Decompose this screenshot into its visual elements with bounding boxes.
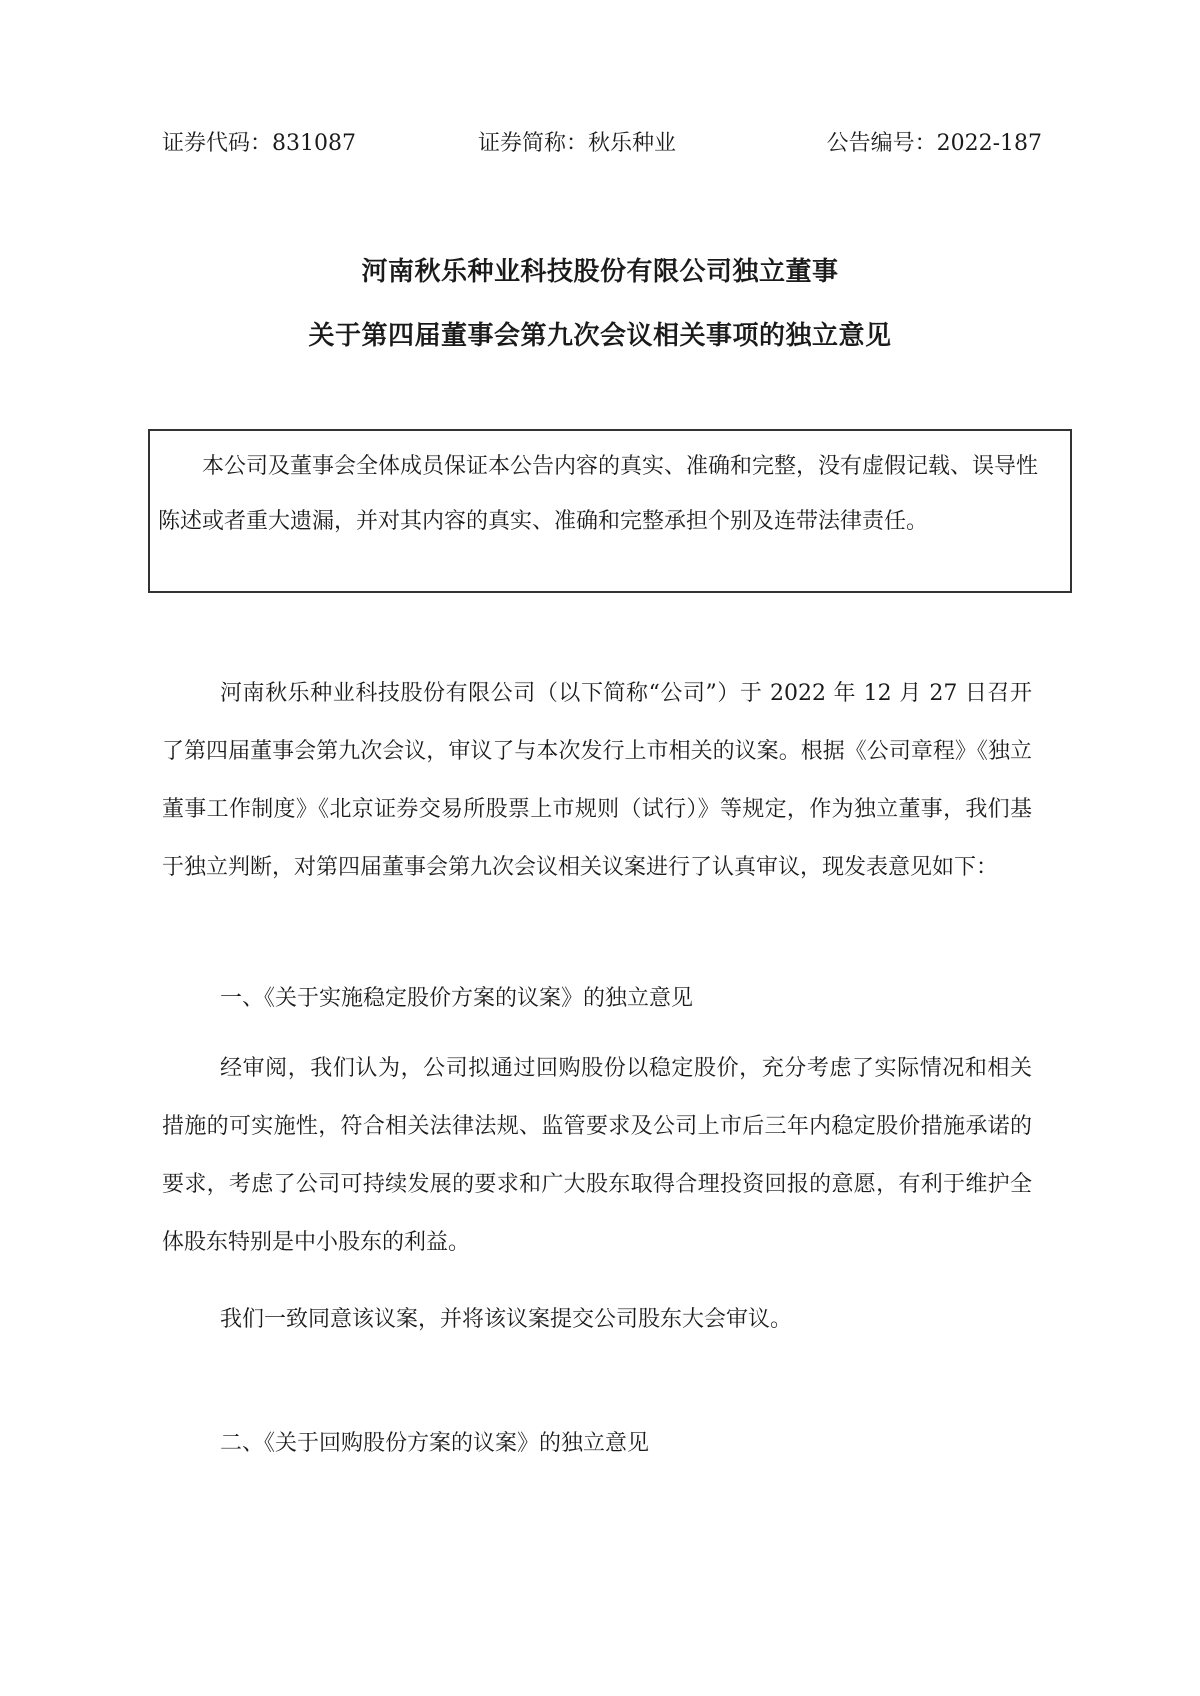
document-title-line-2: 关于第四届董事会第九次会议相关事项的独立意见 <box>0 316 1200 356</box>
disclaimer-text: 本公司及董事会全体成员保证本公告内容的真实、准确和完整，没有虚假记载、误导性陈述… <box>158 439 1058 549</box>
document-title-line-1: 河南秋乐种业科技股份有限公司独立董事 <box>0 252 1200 292</box>
section-1-conclusion: 我们一致同意该议案，并将该议案提交公司股东大会审议。 <box>220 1300 792 1340</box>
announcement-number: 公告编号：2022-187 <box>827 126 1042 162</box>
document-header: 证券代码：831087 证券简称：秋乐种业 公告编号：2022-187 <box>162 126 1042 162</box>
intro-paragraph: 河南秋乐种业科技股份有限公司（以下简称“公司”）于 2022 年 12 月 27… <box>162 665 1032 897</box>
stock-abbreviation: 证券简称：秋乐种业 <box>478 126 676 162</box>
section-1-paragraph: 经审阅，我们认为，公司拟通过回购股份以稳定股价，充分考虑了实际情况和相关措施的可… <box>162 1040 1032 1272</box>
disclaimer-box: 本公司及董事会全体成员保证本公告内容的真实、准确和完整，没有虚假记载、误导性陈述… <box>148 429 1072 593</box>
stock-code: 证券代码：831087 <box>162 126 356 162</box>
section-heading-1: 一、《关于实施稳定股价方案的议案》的独立意见 <box>220 979 693 1019</box>
section-heading-2: 二、《关于回购股份方案的议案》的独立意见 <box>220 1424 649 1464</box>
